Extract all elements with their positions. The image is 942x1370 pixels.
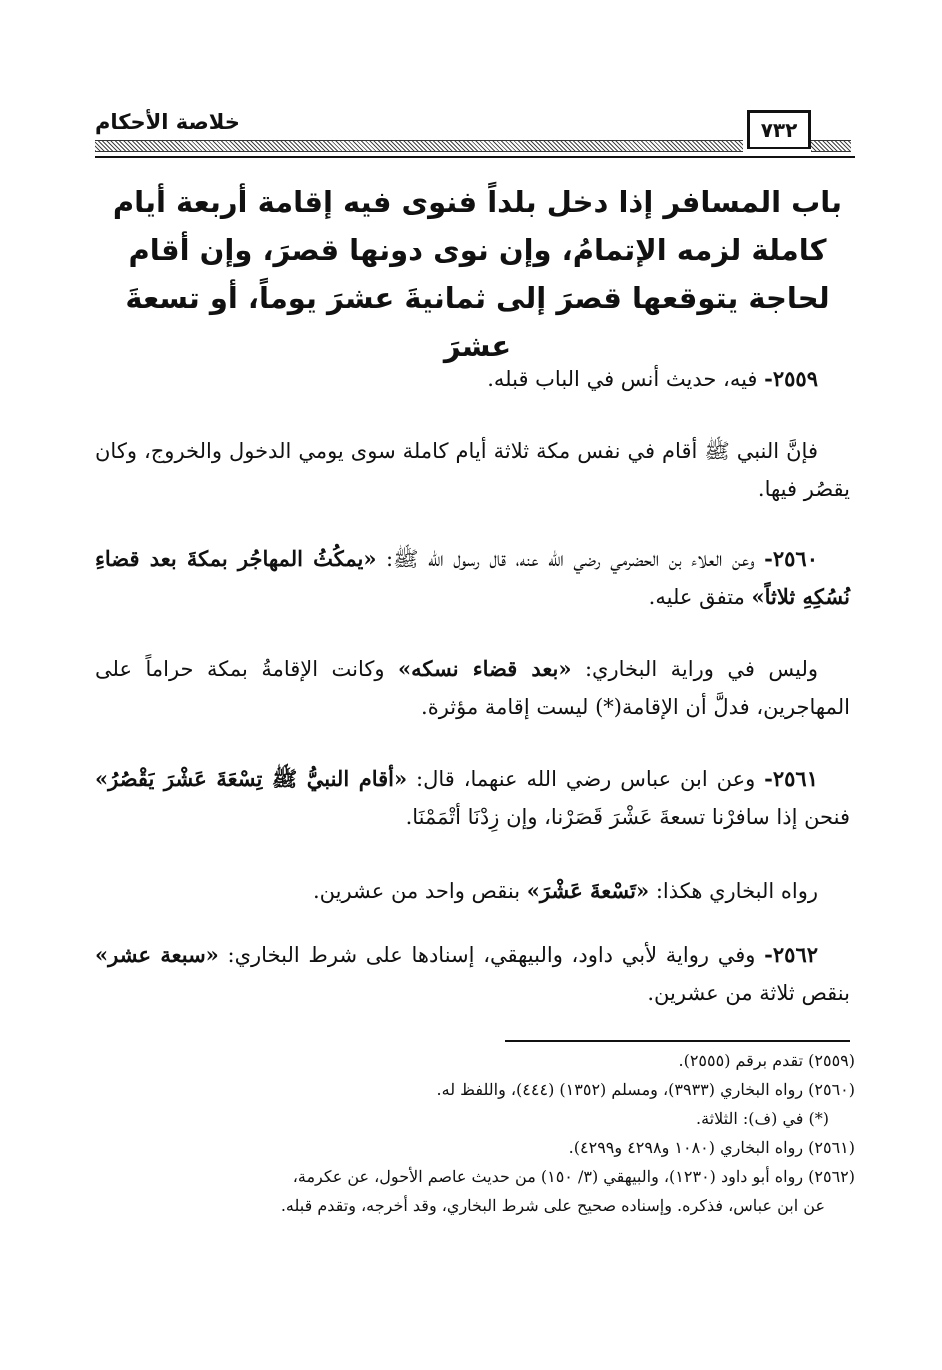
document-page: خلاصة الأحكام ٧٣٢ باب المسافر إذا دخل بل… bbox=[0, 0, 942, 1370]
paragraph-text: فإنَّ النبي ﷺ أقام في نفس مكة ثلاثة أيام… bbox=[95, 439, 850, 501]
paragraph-commentary: فإنَّ النبي ﷺ أقام في نفس مكة ثلاثة أيام… bbox=[95, 432, 850, 508]
paragraph-text: وعن ابن عباس رضي الله عنهما، قال: bbox=[407, 767, 764, 791]
paragraph-text: بنقص ثلاثة من عشرين. bbox=[647, 981, 850, 1005]
chapter-title: باب المسافر إذا دخل بلداً فنوى فيه إقامة… bbox=[100, 178, 855, 370]
page-number: ٧٣٢ bbox=[747, 110, 811, 149]
hadith-number: ٢٥٥٩- bbox=[764, 366, 818, 391]
footnote-separator bbox=[505, 1040, 850, 1042]
hadith-quote: «أقام النبيُّ ﷺ تِسْعَةَ عَشْرَ يَقْصُرُ… bbox=[95, 766, 407, 791]
running-title: خلاصة الأحكام bbox=[95, 108, 240, 136]
paragraph-2560: ٢٥٦٠- وعن العلاء بن الحضرمي رضي الله عنه… bbox=[95, 540, 850, 616]
paragraph-2561: ٢٥٦١- وعن ابن عباس رضي الله عنهما، قال: … bbox=[95, 760, 850, 836]
footnote-2562: (٢٥٦٢) رواه أبو داود (١٢٣٠)، والبيهقي (٣… bbox=[95, 1162, 855, 1220]
paragraph-text: فنحن إذا سافرْنا تسعةَ عَشْرَ قَصَرْنا، … bbox=[406, 805, 850, 829]
footnote-text: (٢٥٦٢) رواه أبو داود (١٢٣٠)، والبيهقي (٣… bbox=[293, 1167, 855, 1186]
hadith-number: ٢٥٦١- bbox=[764, 766, 818, 791]
hadith-quote: «تَسْعةَ عَشْرَ» bbox=[527, 878, 649, 903]
hadith-quote: «بعد قضاء نسكه» bbox=[398, 656, 571, 681]
hadith-number: ٢٥٦٢- bbox=[764, 942, 818, 967]
footnote-2559: (٢٥٥٩) تقدم برقم (٢٥٥٥). bbox=[95, 1046, 855, 1075]
paragraph-bukhari-narration: رواه البخاري هكذا: «تَسْعةَ عَشْرَ» بنقص… bbox=[95, 872, 850, 910]
paragraph-text: فيه، حديث أنس في الباب قبله. bbox=[487, 367, 764, 391]
page-header: خلاصة الأحكام ٧٣٢ bbox=[95, 108, 855, 158]
footnote-2561: (٢٥٦١) رواه البخاري (١٠٨٠ و٤٢٩٨ و٤٢٩٩). bbox=[95, 1133, 855, 1162]
hadith-number: ٢٥٦٠- bbox=[764, 546, 818, 571]
footnotes: (٢٥٥٩) تقدم برقم (٢٥٥٥). (٢٥٦٠) رواه الب… bbox=[95, 1046, 855, 1220]
header-rule bbox=[95, 156, 855, 158]
header-pattern-bar-right bbox=[811, 140, 851, 152]
footnote-continuation: عن ابن عباس، فذكره. وإسناده صحيح على شرط… bbox=[95, 1191, 855, 1220]
paragraph-text: متفق عليه. bbox=[649, 585, 752, 609]
footnote-2560: (٢٥٦٠) رواه البخاري (٣٩٣٣)، ومسلم (١٣٥٢)… bbox=[95, 1075, 855, 1104]
paragraph-2559: ٢٥٥٩- فيه، حديث أنس في الباب قبله. bbox=[95, 360, 850, 398]
paragraph-bukhari-note: وليس في وراية البخاري: «بعد قضاء نسكه» و… bbox=[95, 650, 850, 726]
paragraph-2562: ٢٥٦٢- وفي رواية لأبي داود، والبيهقي، إسن… bbox=[95, 936, 850, 1012]
paragraph-text: رواه البخاري هكذا: bbox=[649, 879, 818, 903]
hadith-quote: «سبعة عشر» bbox=[95, 942, 219, 967]
header-pattern-bar bbox=[95, 140, 743, 152]
footnote-asterisk: (*) في (ف): الثلاثة. bbox=[95, 1104, 855, 1133]
paragraph-text: وفي رواية لأبي داود، والبيهقي، إسنادها ع… bbox=[219, 943, 764, 967]
paragraph-text: وليس في وراية البخاري: bbox=[572, 657, 819, 681]
paragraph-text: بنقص واحد من عشرين. bbox=[313, 879, 527, 903]
paragraph-text: وعن العلاء بن الحضرمي رضي الله عنه، قال … bbox=[376, 547, 764, 571]
